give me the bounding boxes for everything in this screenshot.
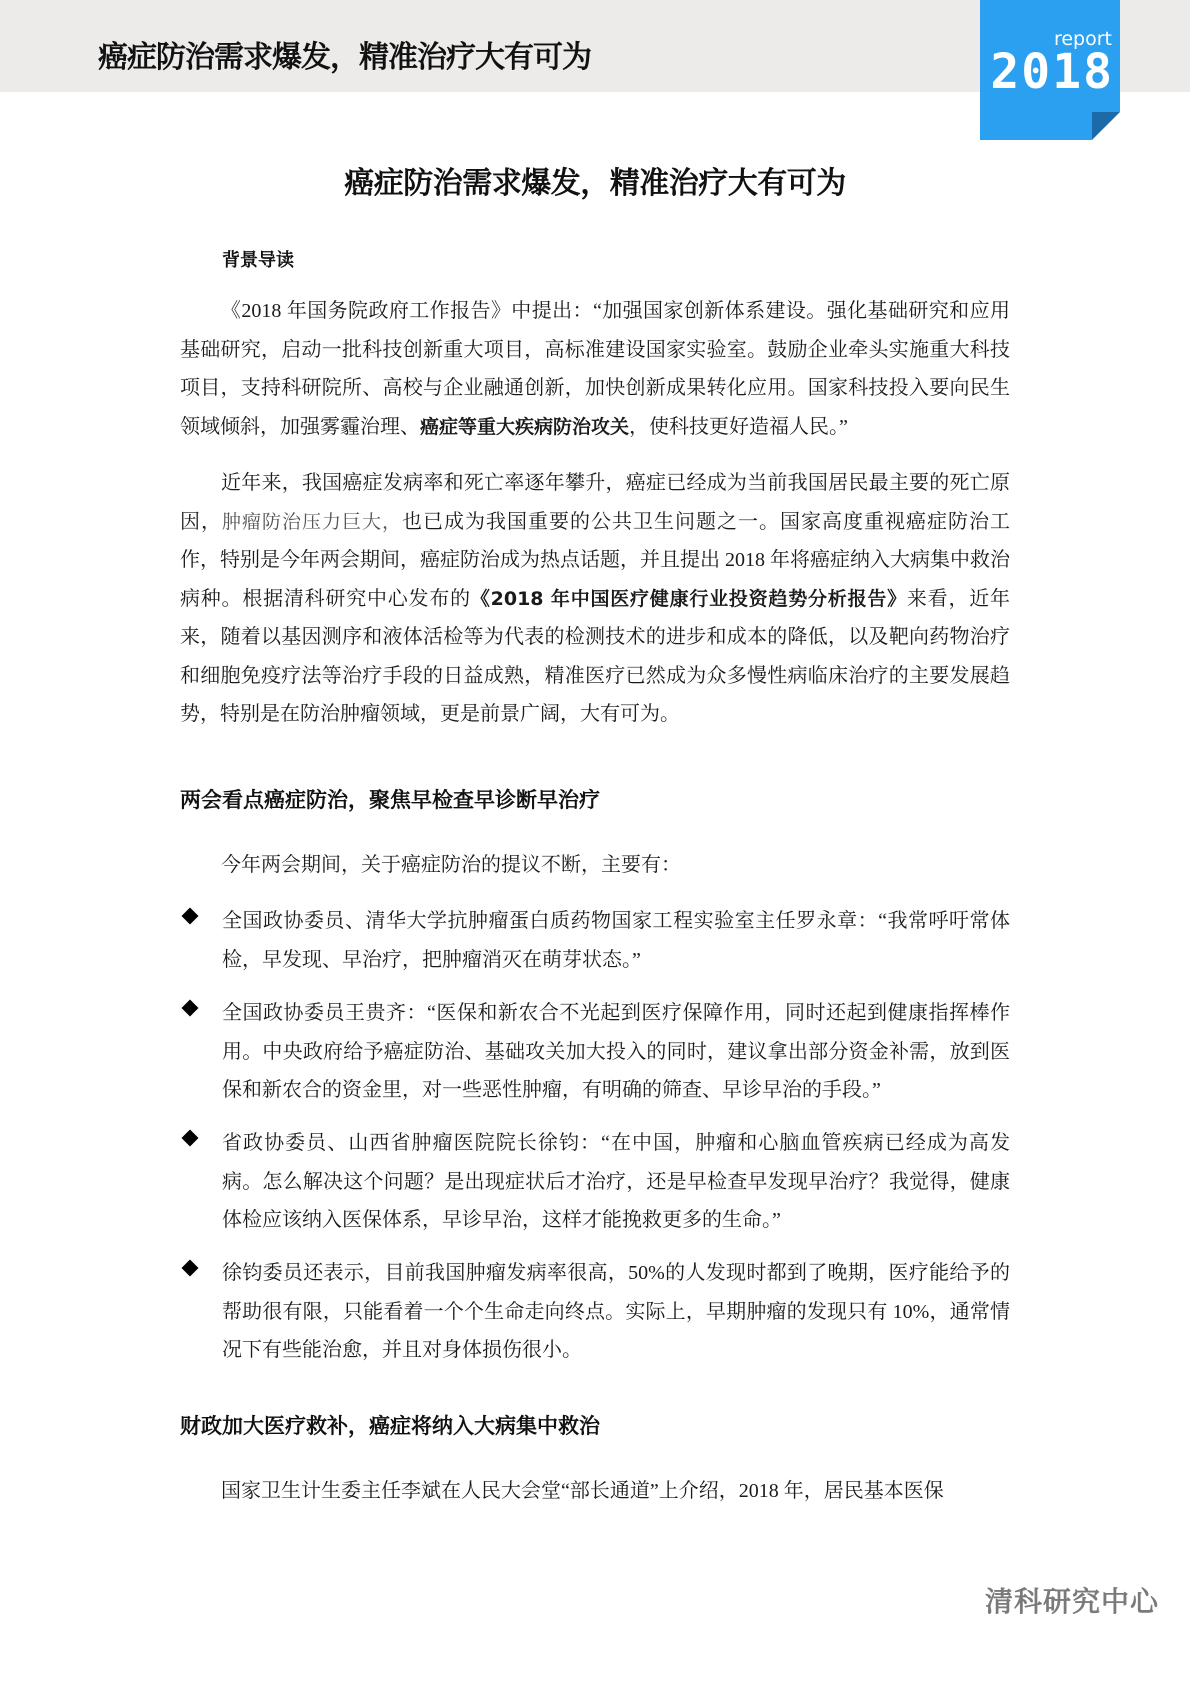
- section2-intro: 今年两会期间，关于癌症防治的提议不断，主要有：: [180, 846, 1010, 885]
- document-title: 癌症防治需求爆发，精准治疗大有可为: [0, 158, 1190, 202]
- list-item: 全国政协委员、清华大学抗肿瘤蛋白质药物国家工程实验室主任罗永章：“我常呼吁常体检…: [180, 902, 1010, 979]
- diamond-bullet-icon: [182, 908, 199, 925]
- paragraph-1: 《2018 年国务院政府工作报告》中提出：“加强国家创新体系建设。强化基础研究和…: [180, 292, 1010, 446]
- paragraph-1-bold: 癌症等重大疾病防治攻关: [420, 416, 629, 438]
- list-item-text: 省政协委员、山西省肿瘤医院院长徐钧：“在中国，肿瘤和心脑血管疾病已经成为高发病。…: [222, 1124, 1010, 1240]
- list-item: 全国政协委员王贵齐：“医保和新农合不光起到医疗保障作用，同时还起到健康指挥棒作用…: [180, 994, 1010, 1110]
- list-item-text: 全国政协委员、清华大学抗肿瘤蛋白质药物国家工程实验室主任罗永章：“我常呼吁常体检…: [222, 902, 1010, 979]
- paragraph-1-text-end: ，使科技更好造福人民。”: [629, 416, 848, 438]
- page-fold-cutout: [1092, 112, 1120, 140]
- section-heading-finance: 财政加大医疗救补，癌症将纳入大病集中救治: [180, 1410, 600, 1440]
- paragraph-2-gray-text: 肿瘤防治压力巨大，: [222, 511, 402, 533]
- section-label-background: 背景导读: [222, 246, 294, 272]
- diamond-bullet-icon: [182, 1130, 199, 1147]
- list-item-text: 全国政协委员王贵齐：“医保和新农合不光起到医疗保障作用，同时还起到健康指挥棒作用…: [222, 994, 1010, 1110]
- footer-logo: 清科研究中心: [985, 1580, 1159, 1620]
- report-year-badge: report 2018: [980, 0, 1120, 140]
- section3-intro: 国家卫生计生委主任李斌在人民大会堂“部长通道”上介绍，2018 年，居民基本医保: [180, 1472, 1010, 1511]
- list-item-text: 徐钧委员还表示，目前我国肿瘤发病率很高，50%的人发现时都到了晚期，医疗能给予的…: [222, 1254, 1010, 1370]
- list-item: 徐钧委员还表示，目前我国肿瘤发病率很高，50%的人发现时都到了晚期，医疗能给予的…: [180, 1254, 1010, 1370]
- diamond-bullet-icon: [182, 1000, 199, 1017]
- diamond-bullet-icon: [182, 1260, 199, 1277]
- badge-year: 2018: [990, 48, 1114, 96]
- list-item: 省政协委员、山西省肿瘤医院院长徐钧：“在中国，肿瘤和心脑血管疾病已经成为高发病。…: [180, 1124, 1010, 1240]
- header-title: 癌症防治需求爆发，精准治疗大有可为: [98, 32, 591, 76]
- paragraph-2: 近年来，我国癌症发病率和死亡率逐年攀升，癌症已经成为当前我国居民最主要的死亡原因…: [180, 464, 1010, 734]
- report-title-bold: 《2018 年中国医疗健康行业投资趋势分析报告》: [471, 588, 907, 610]
- section-heading-two-sessions: 两会看点癌症防治，聚焦早检查早诊断早治疗: [180, 784, 600, 814]
